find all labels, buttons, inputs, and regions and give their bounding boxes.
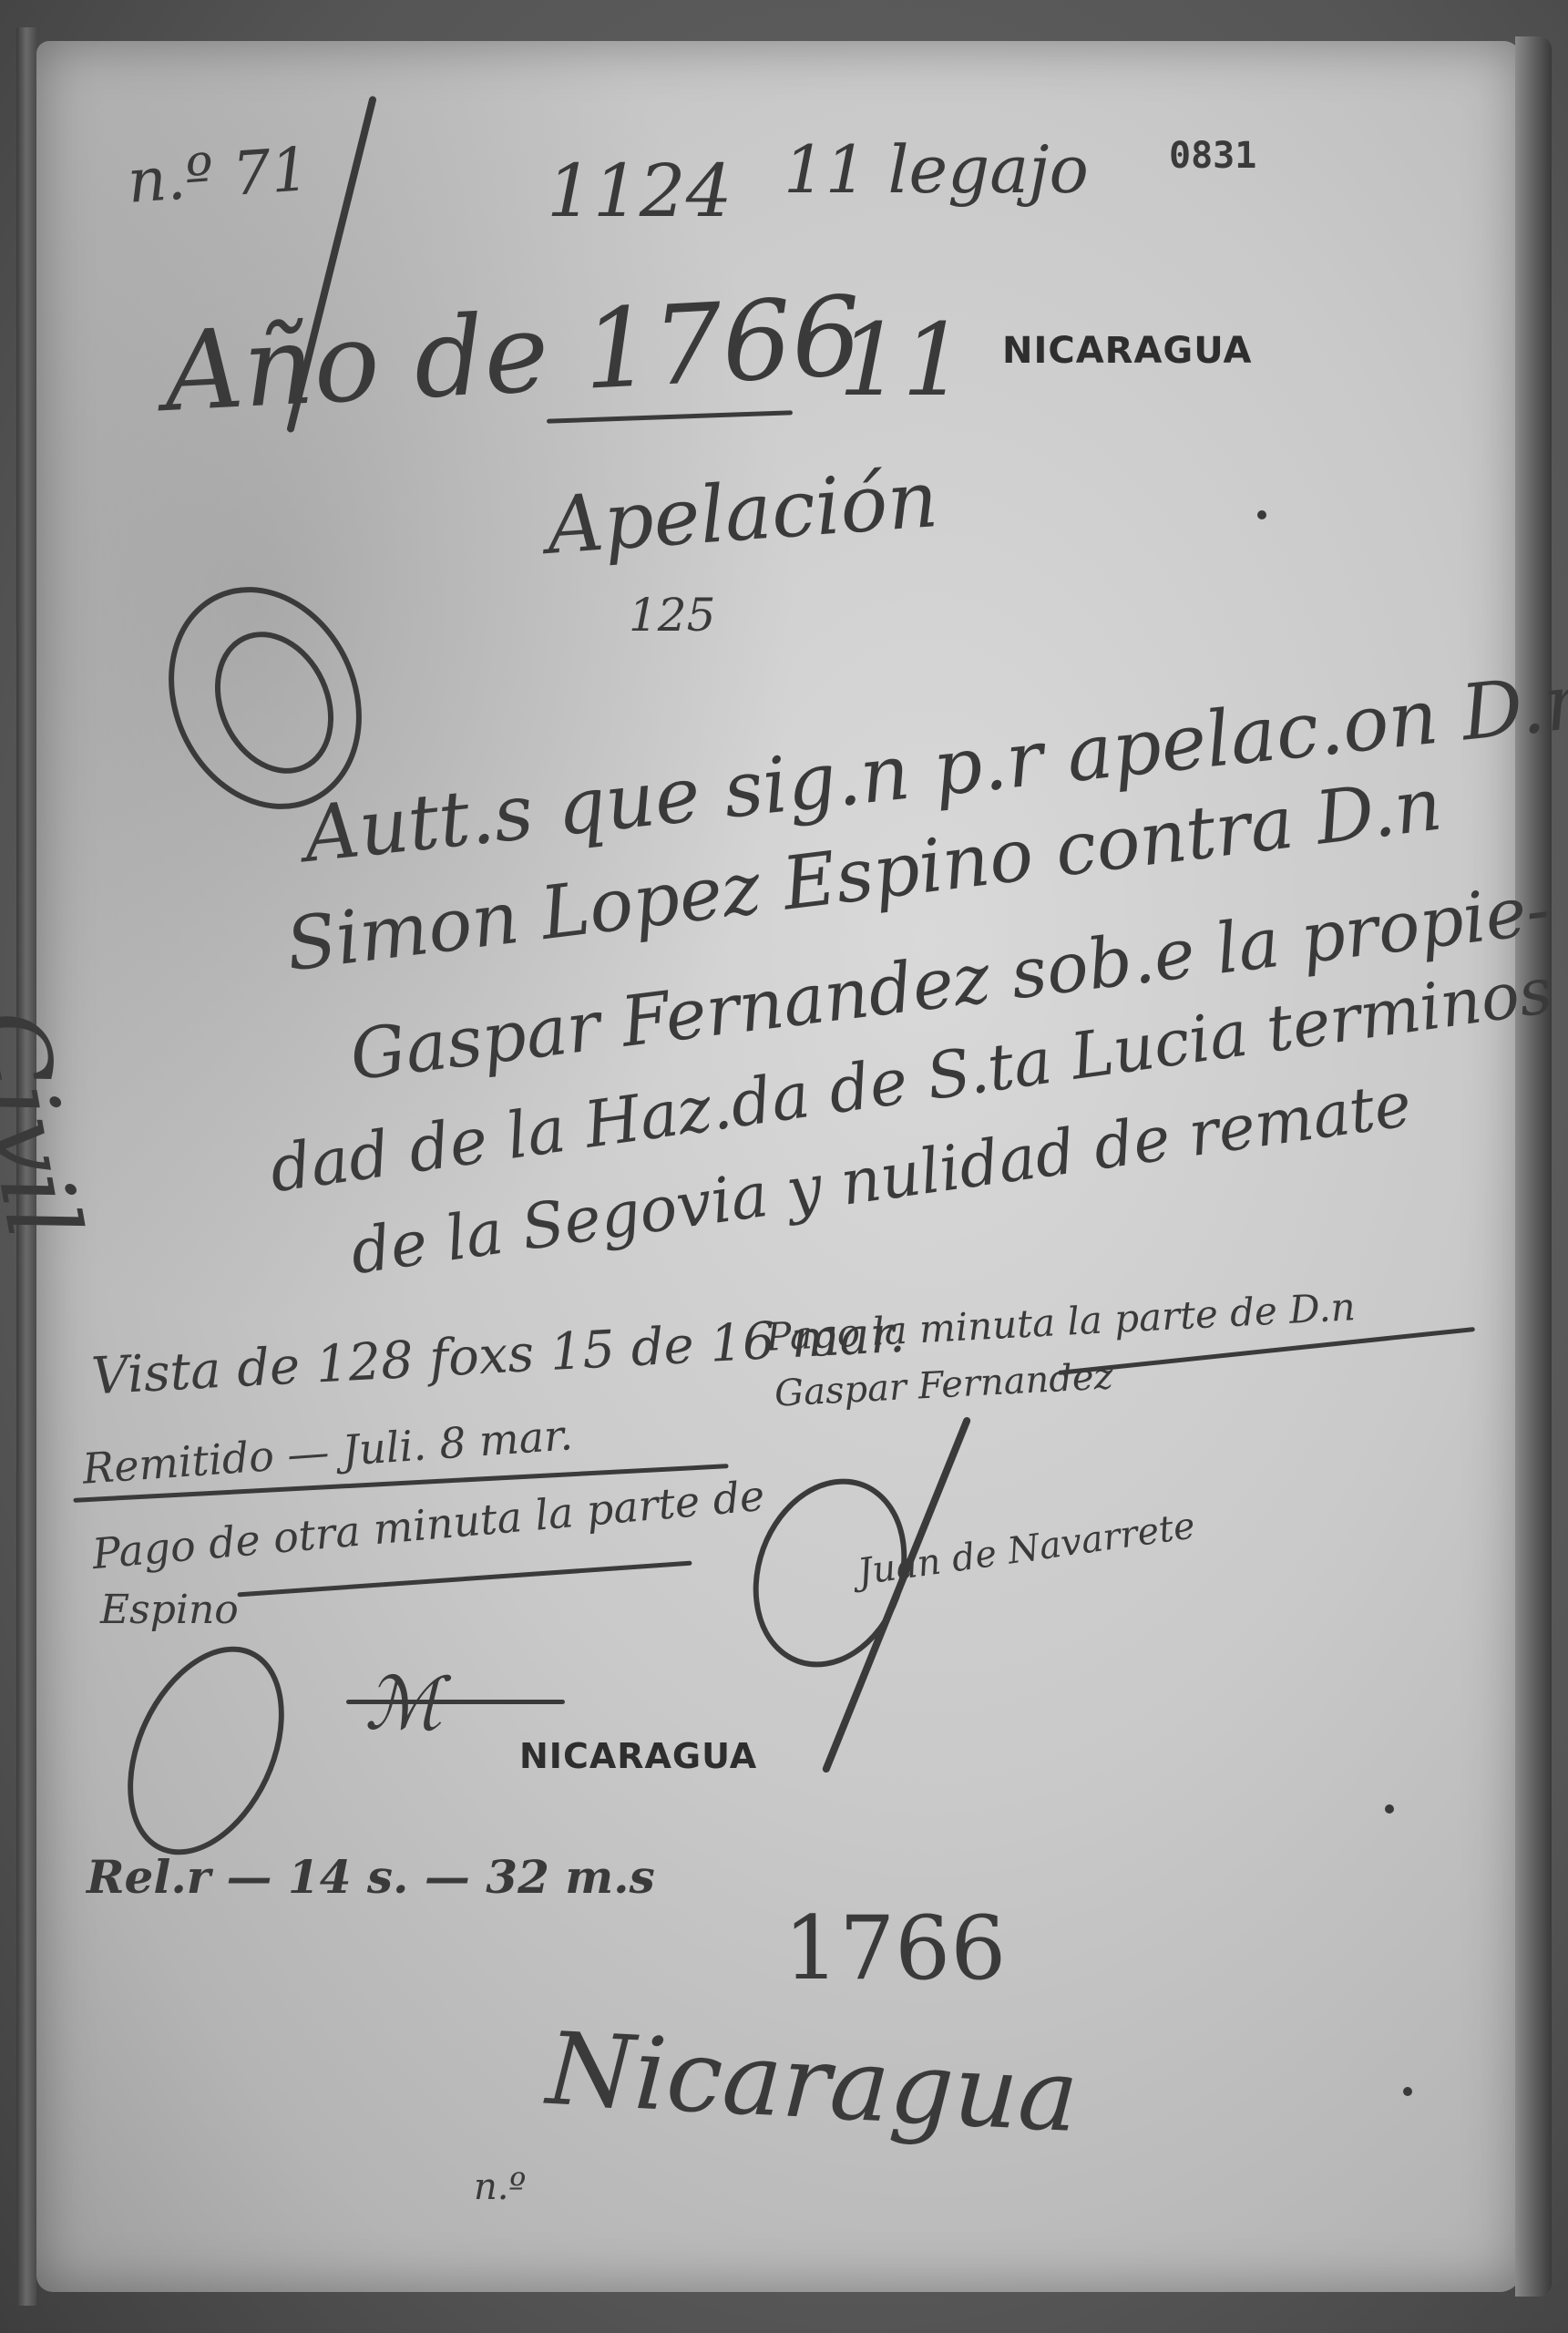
file-number: 11 <box>838 310 966 410</box>
folio-number: 0831 <box>1169 135 1256 177</box>
footer-year: 1766 <box>784 1905 1006 1992</box>
ink-speck <box>1403 2087 1412 2096</box>
nicaragua-stamp-lower: NICARAGUA <box>519 1736 757 1776</box>
crossed-rubric-line <box>346 1700 565 1704</box>
nicaragua-stamp-top: NICARAGUA <box>1002 330 1252 372</box>
reference-number: 125 <box>629 592 715 638</box>
page-edge-right <box>1515 36 1552 2297</box>
footer-place: Nicaragua <box>545 2019 1081 2146</box>
ink-speck <box>1385 1804 1394 1814</box>
lower-note-4: Espino <box>100 1590 239 1630</box>
ink-speck <box>1257 510 1266 519</box>
fee-line: Rel.r — 14 s. — 32 m.s <box>87 1855 655 1900</box>
header-bundle-number: 1124 <box>547 155 733 228</box>
header-legajo: 11 legajo <box>784 137 1089 202</box>
header-number: n.º 71 <box>126 139 312 212</box>
footer-mark: n.º <box>474 2169 526 2205</box>
crossed-rubric: ℳ <box>364 1668 443 1741</box>
